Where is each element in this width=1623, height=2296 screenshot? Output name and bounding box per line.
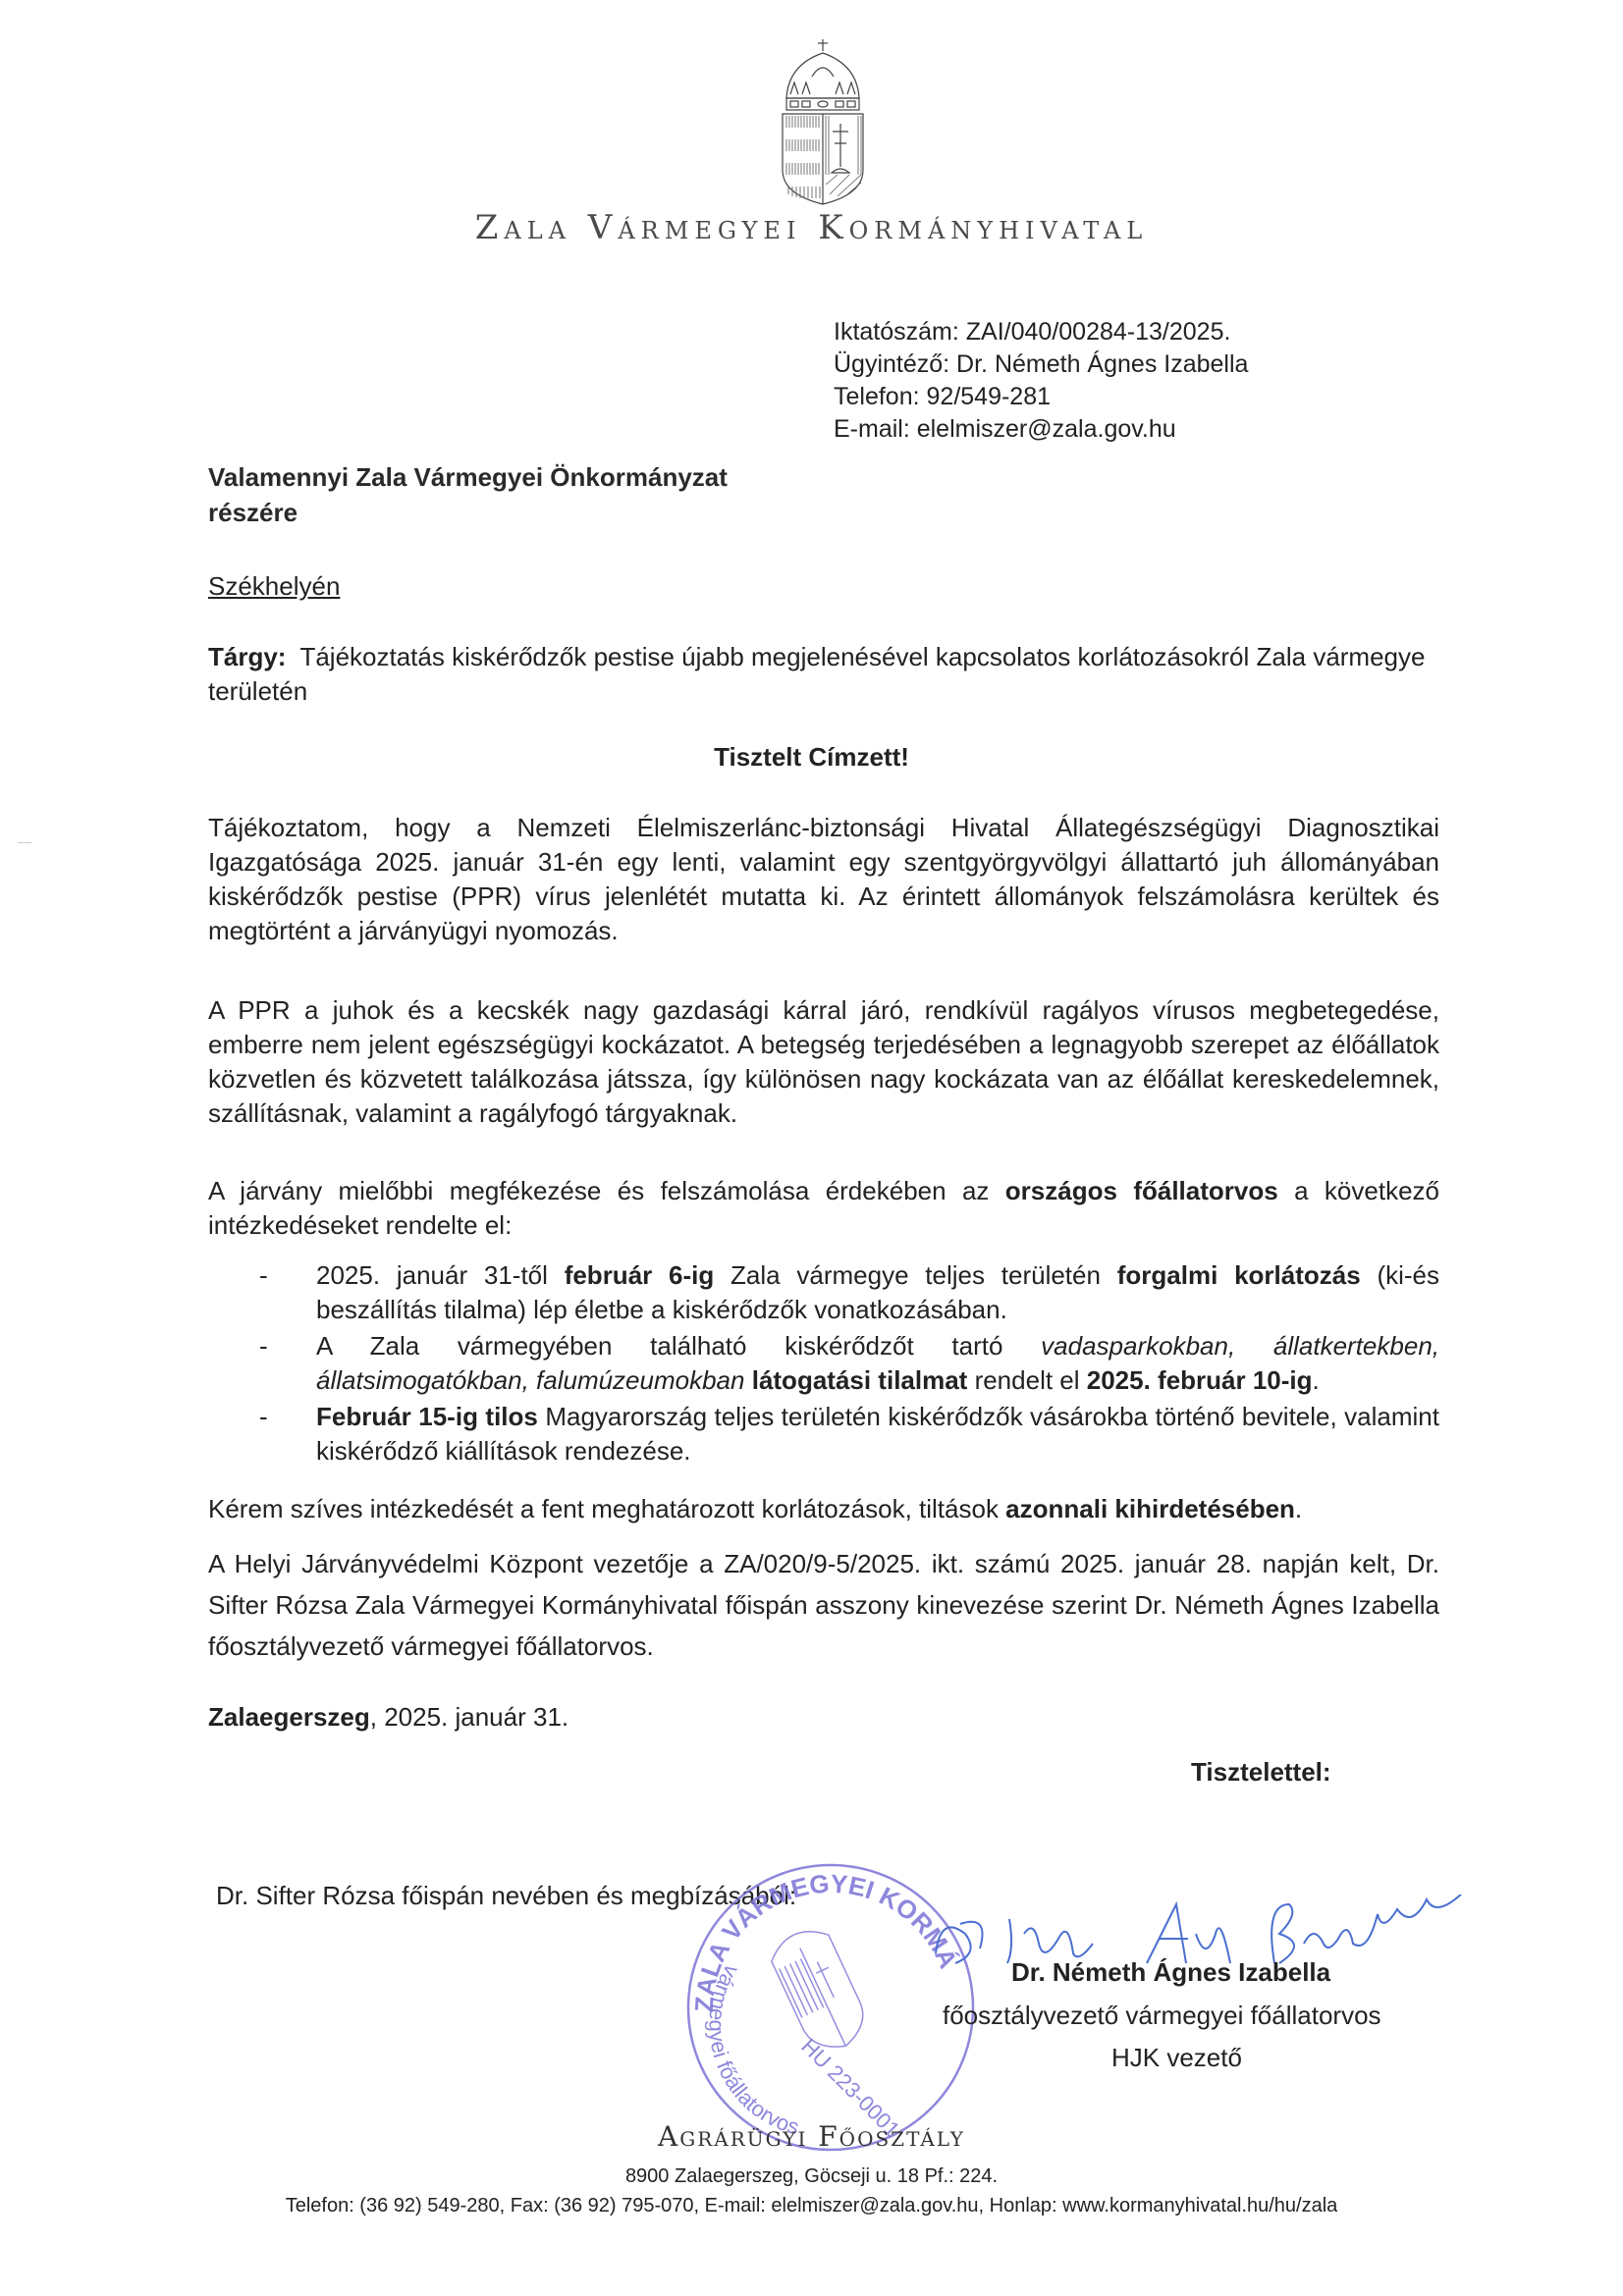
- signer-role: HJK vezető: [1111, 2043, 1242, 2073]
- measure-text: 2025. január 31-től február 6-ig Zala vá…: [316, 1258, 1439, 1327]
- paragraph-4: Kérem szíves intézkedését a fent meghatá…: [208, 1492, 1439, 1526]
- regards: Tisztelettel:: [1191, 1757, 1331, 1788]
- scan-margin-mark: [18, 842, 31, 843]
- department-name: Agrárügyi Főosztály: [0, 2120, 1623, 2153]
- p4-text-after: .: [1295, 1494, 1302, 1523]
- svg-text:vármegyei főállatorvos: vármegyei főállatorvos: [704, 1960, 801, 2139]
- bold-text: látogatási tilalmat: [752, 1365, 968, 1395]
- subject: Tárgy: Tájékoztatás kiskérődzők pestise …: [208, 640, 1426, 709]
- addressee-line-2: részére: [208, 495, 728, 530]
- text: A Zala vármegyében található kiskérődzőt…: [316, 1331, 1041, 1361]
- measures-list: - 2025. január 31-től február 6-ig Zala …: [208, 1258, 1439, 1470]
- signer-name: Dr. Németh Ágnes Izabella: [1011, 1957, 1330, 1988]
- hungarian-coat-of-arms-icon: [779, 37, 867, 206]
- bold-text: 2025. február 10-ig: [1087, 1365, 1313, 1395]
- addressee-seat: Székhelyén: [208, 571, 340, 602]
- subject-label: Tárgy:: [208, 642, 286, 671]
- text: Zala vármegye teljes területén: [714, 1260, 1116, 1290]
- p4-bold: azonnali kihirdetésében: [1005, 1494, 1295, 1523]
- salutation: Tisztelt Címzett!: [0, 742, 1623, 773]
- place-date: Zalaegerszeg, 2025. január 31.: [208, 1702, 568, 1733]
- place: Zalaegerszeg: [208, 1702, 370, 1732]
- measure-text: A Zala vármegyében található kiskérődzőt…: [316, 1329, 1439, 1398]
- addressee-line-1: Valamennyi Zala Vármegyei Önkormányzat: [208, 459, 728, 495]
- official-stamp-icon: ZALA VÁRMEGYEI KORMÁNYHIVATAL vármegyei …: [674, 1845, 988, 2160]
- paragraph-5: A Helyi Járványvédelmi Központ vezetője …: [208, 1543, 1439, 1667]
- reference-block: Iktatószám: ZAI/040/00284-13/2025. Ügyin…: [834, 316, 1248, 446]
- text: [744, 1365, 751, 1395]
- measure-item: - Február 15-ig tilos Magyarország telje…: [208, 1400, 1439, 1468]
- paragraph-3: A járvány mielőbbi megfékezése és felszá…: [208, 1174, 1439, 1243]
- list-dash: -: [208, 1258, 316, 1327]
- signer-title: főosztályvezető vármegyei főállatorvos: [943, 2001, 1381, 2031]
- bold-text: Február 15-ig tilos: [316, 1402, 538, 1431]
- office-name-heading: Zala Vármegyei Kormányhivatal: [0, 208, 1623, 247]
- list-dash: -: [208, 1329, 316, 1398]
- bold-text: forgalmi korlátozás: [1117, 1260, 1361, 1290]
- p3-text-before: A járvány mielőbbi megfékezése és felszá…: [208, 1176, 1005, 1205]
- addressee: Valamennyi Zala Vármegyei Önkormányzat r…: [208, 459, 728, 530]
- measure-item: - A Zala vármegyében található kiskérődz…: [208, 1329, 1439, 1398]
- filing-number: Iktatószám: ZAI/040/00284-13/2025.: [834, 316, 1248, 348]
- footer-contact: Telefon: (36 92) 549-280, Fax: (36 92) 7…: [0, 2195, 1623, 2217]
- case-officer: Ügyintéző: Dr. Németh Ágnes Izabella: [834, 348, 1248, 381]
- footer-address: 8900 Zalaegerszeg, Göcseji u. 18 Pf.: 22…: [0, 2165, 1623, 2188]
- list-dash: -: [208, 1400, 316, 1468]
- paragraph-2: A PPR a juhok és a kecskék nagy gazdaság…: [208, 993, 1439, 1131]
- measure-item: - 2025. január 31-től február 6-ig Zala …: [208, 1258, 1439, 1327]
- subject-text: Tájékoztatás kiskérődzők pestise újabb m…: [208, 642, 1425, 706]
- measure-text: Február 15-ig tilos Magyarország teljes …: [316, 1400, 1439, 1468]
- text: 2025. január 31-től: [316, 1260, 565, 1290]
- bold-text: február 6-ig: [565, 1260, 715, 1290]
- date: , 2025. január 31.: [370, 1702, 568, 1732]
- p3-bold: országos főállatorvos: [1005, 1176, 1278, 1205]
- email: E-mail: elelmiszer@zala.gov.hu: [834, 413, 1248, 446]
- paragraph-1: Tájékoztatom, hogy a Nemzeti Élelmiszerl…: [208, 811, 1439, 948]
- text: rendelt el: [967, 1365, 1086, 1395]
- p4-text-before: Kérem szíves intézkedését a fent meghatá…: [208, 1494, 1005, 1523]
- phone: Telefon: 92/549-281: [834, 381, 1248, 413]
- text: .: [1313, 1365, 1320, 1395]
